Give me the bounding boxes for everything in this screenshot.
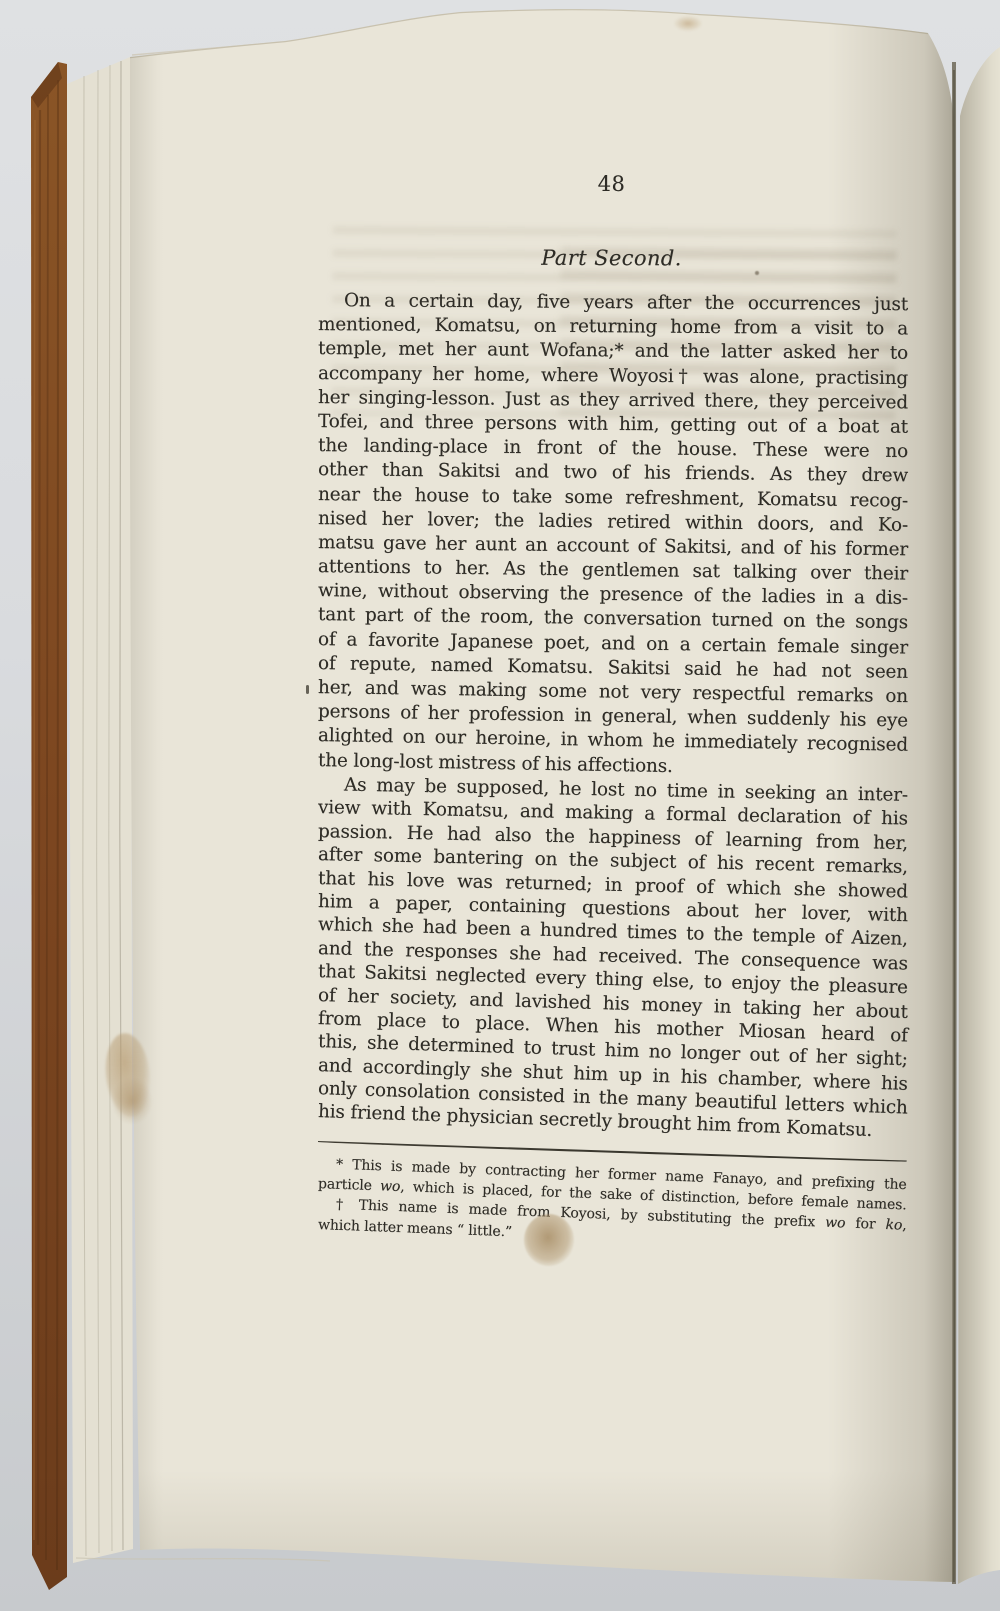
book-photo: 48 Part Second. On a certain day, five y… <box>0 0 1000 1611</box>
paragraph-1: On a certain day, five years after the o… <box>318 289 908 773</box>
page-number: 48 <box>318 172 905 196</box>
section-heading: Part Second. <box>318 245 905 272</box>
book-cover <box>31 62 67 1590</box>
gutter-crease <box>954 62 955 1584</box>
footnotes: * This is made by contracting her former… <box>318 1154 907 1235</box>
right-page <box>958 47 1000 1584</box>
paragraph-2: As may be supposed, he lost no time in s… <box>318 773 908 1124</box>
